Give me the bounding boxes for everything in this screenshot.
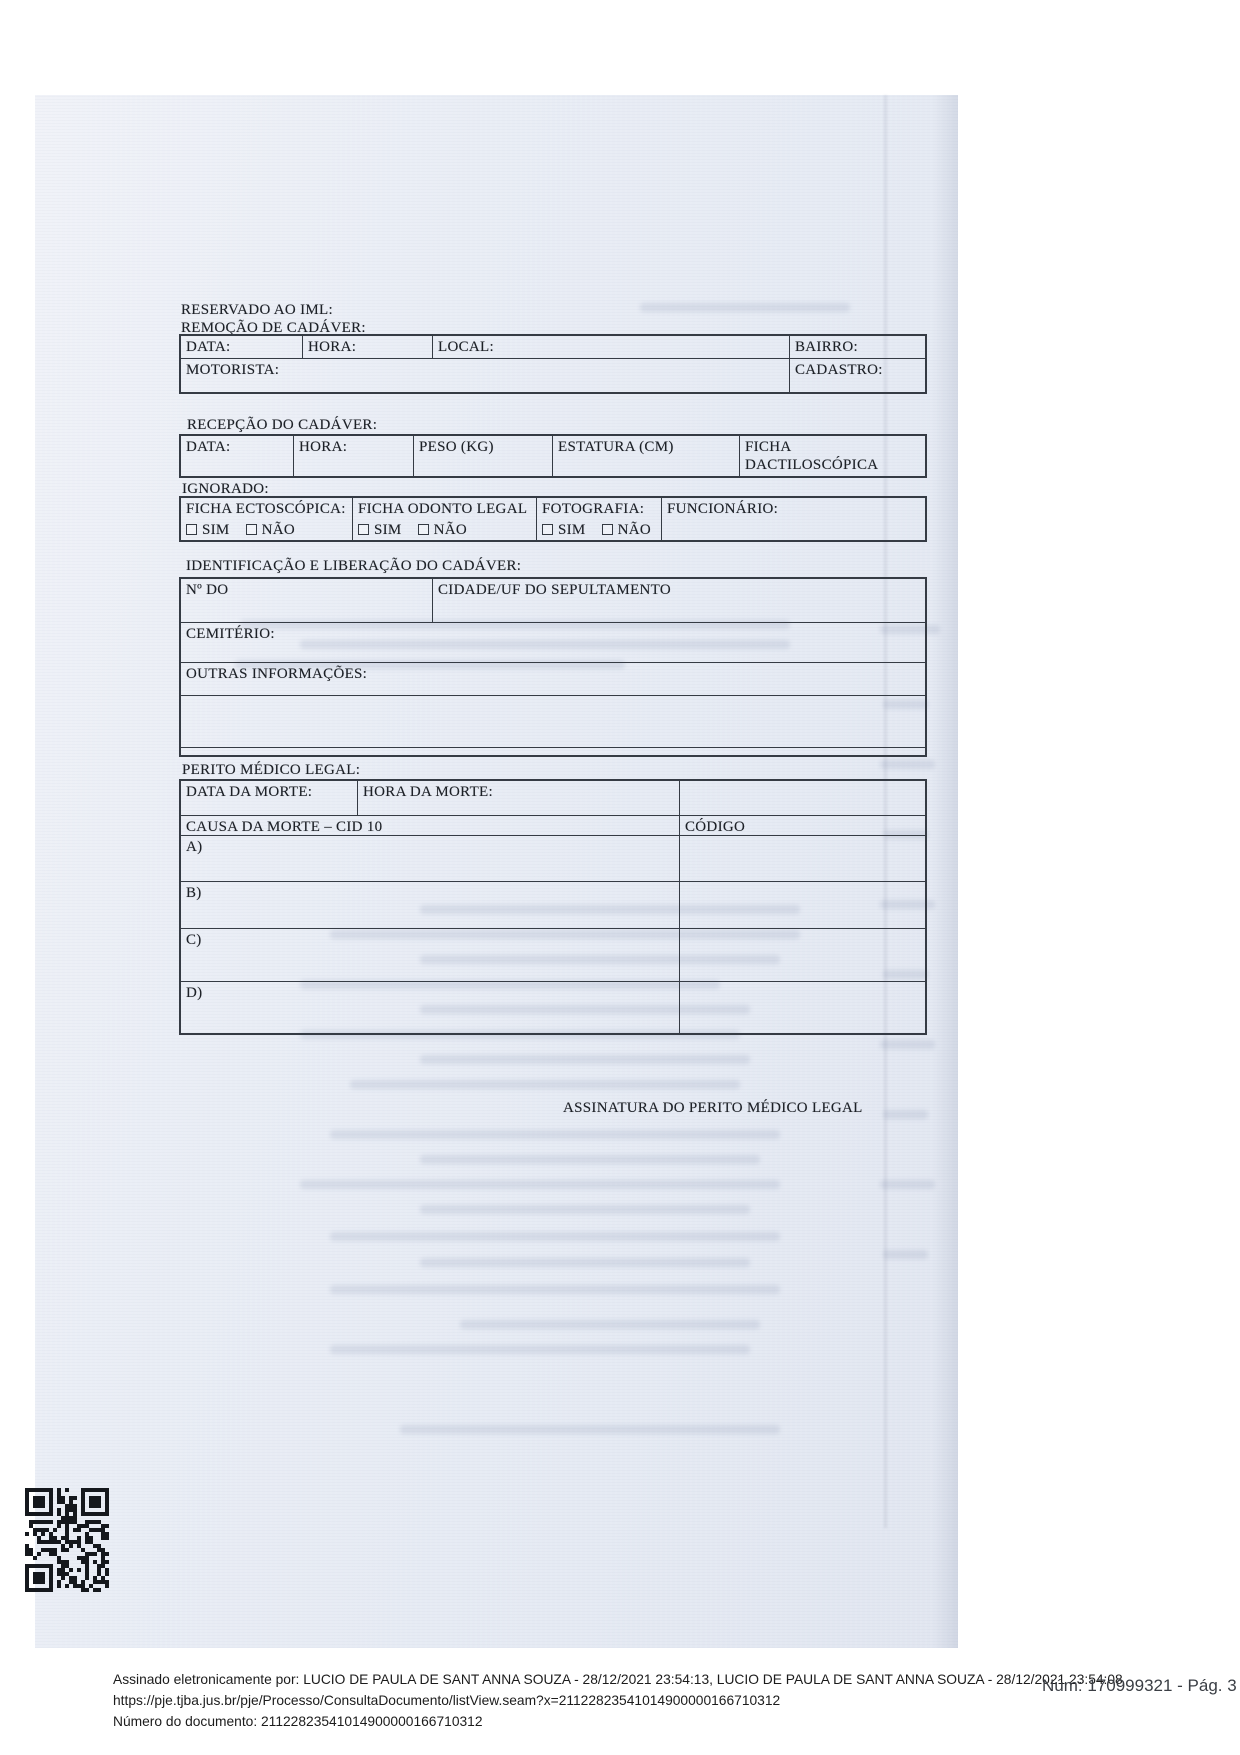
- label-sim: SIM: [374, 522, 402, 538]
- odonto-options: SIM NÃO: [358, 521, 531, 539]
- codigo-line-d: [679, 981, 925, 1033]
- section-title-recepcao: RECEPÇÃO DO CADÁVER:: [187, 416, 377, 434]
- label-sim: SIM: [558, 522, 586, 538]
- scanned-document-page: RESERVADO AO IML: REMOÇÃO DE CADÁVER: DA…: [0, 0, 1240, 1755]
- label-sim: SIM: [202, 522, 230, 538]
- empty-row: [181, 695, 925, 747]
- field-label-cidade-uf: CIDADE/UF DO SEPULTAMENTO: [432, 579, 925, 622]
- field-label-hora-recepcao: HORA:: [293, 436, 413, 476]
- checkbox-ectoscopica-nao: [246, 524, 257, 535]
- codigo-line-a: [679, 835, 925, 881]
- causa-line-d: D): [181, 981, 679, 1033]
- field-label-cemiterio: CEMITÉRIO:: [181, 622, 925, 662]
- causa-line-b: B): [181, 881, 679, 928]
- field-label-motorista: MOTORISTA:: [181, 358, 789, 392]
- section-title-reservado: RESERVADO AO IML:: [181, 301, 333, 319]
- scan-right-shadow: [932, 95, 958, 1648]
- field-label-numero: Nº DO: [181, 579, 432, 622]
- field-label-dactiloscopica: FICHA DACTILOSCÓPICA: [745, 439, 878, 473]
- table-remocao: DATA: HORA: LOCAL: BAIRRO: MOTORISTA: CA…: [179, 334, 927, 394]
- section-title-perito: PERITO MÉDICO LEGAL:: [182, 761, 360, 779]
- field-label-fotografia: FOTOGRAFIA:: [542, 501, 644, 517]
- codigo-line-c: [679, 928, 925, 981]
- empty-cell: [679, 781, 925, 815]
- codigo-line-b: [679, 881, 925, 928]
- footer-document-number: Número do documento: 2112282354101490000…: [113, 1714, 483, 1729]
- label-nao: NÃO: [618, 522, 651, 538]
- table-identificacao: Nº DO CIDADE/UF DO SEPULTAMENTO CEMITÉRI…: [179, 577, 927, 757]
- checkbox-fotografia-sim: [542, 524, 553, 535]
- fotografia-options: SIM NÃO: [542, 521, 656, 539]
- field-label-peso: PESO (KG): [413, 436, 552, 476]
- checkbox-ectoscopica-sim: [186, 524, 197, 535]
- section-title-identificacao: IDENTIFICAÇÃO E LIBERAÇÃO DO CADÁVER:: [186, 557, 521, 575]
- field-label-outras-informacoes: OUTRAS INFORMAÇÕES:: [181, 662, 925, 695]
- field-label-data-recepcao: DATA:: [181, 436, 293, 476]
- field-label-funcionario: FUNCIONÁRIO:: [661, 498, 925, 540]
- footer-signature-line: Assinado eletronicamente por: LUCIO DE P…: [113, 1672, 1123, 1687]
- field-label-data: DATA:: [181, 336, 302, 358]
- signature-caption: ASSINATURA DO PERITO MÉDICO LEGAL: [563, 1099, 863, 1117]
- footer-url: https://pje.tjba.jus.br/pje/Processo/Con…: [113, 1693, 780, 1708]
- label-nao: NÃO: [262, 522, 295, 538]
- field-label-hora: HORA:: [302, 336, 432, 358]
- field-label-causa: CAUSA DA MORTE – CID 10: [181, 815, 679, 835]
- field-odonto: FICHA ODONTO LEGAL SIM NÃO: [352, 498, 536, 540]
- checkbox-fotografia-nao: [602, 524, 613, 535]
- empty-row: [181, 747, 925, 755]
- field-label-hora-morte: HORA DA MORTE:: [357, 781, 679, 815]
- field-label-data-morte: DATA DA MORTE:: [181, 781, 357, 815]
- checkbox-odonto-nao: [418, 524, 429, 535]
- field-label-ectoscopica: FICHA ECTOSCÓPICA:: [186, 501, 346, 517]
- label-nao: NÃO: [434, 522, 467, 538]
- page-number-stamp: Núm: 170999321 - Pág. 3: [1042, 1676, 1237, 1696]
- table-fichas: FICHA ECTOSCÓPICA: SIM NÃO FICHA ODONTO …: [179, 496, 927, 542]
- checkbox-odonto-sim: [358, 524, 369, 535]
- field-label-codigo: CÓDIGO: [679, 815, 925, 835]
- causa-line-c: C): [181, 928, 679, 981]
- field-ectoscopica: FICHA ECTOSCÓPICA: SIM NÃO: [181, 498, 352, 540]
- field-label-estatura: ESTATURA (CM): [552, 436, 739, 476]
- table-causa-morte: DATA DA MORTE: HORA DA MORTE: CAUSA DA M…: [179, 779, 927, 1035]
- field-dactiloscopica: FICHA DACTILOSCÓPICA SIM NÃO: [739, 436, 925, 476]
- qr-code: [25, 1488, 109, 1592]
- ectoscopica-options: SIM NÃO: [186, 521, 347, 539]
- field-label-cadastro: CADASTRO:: [789, 358, 925, 392]
- table-recepcao: DATA: HORA: PESO (KG) ESTATURA (CM) FICH…: [179, 434, 927, 478]
- causa-line-a: A): [181, 835, 679, 881]
- field-label-odonto: FICHA ODONTO LEGAL: [358, 501, 527, 517]
- field-label-local: LOCAL:: [432, 336, 789, 358]
- field-label-bairro: BAIRRO:: [789, 336, 925, 358]
- field-fotografia: FOTOGRAFIA: SIM NÃO: [536, 498, 661, 540]
